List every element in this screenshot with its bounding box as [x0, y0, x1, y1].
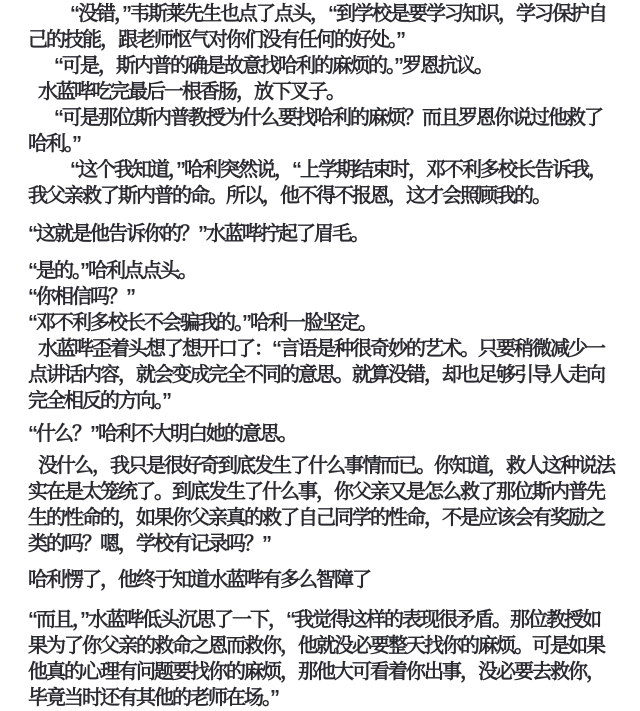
novel-paragraph: “这就是他告诉你的？”水蓝哔拧起了眉毛。: [28, 221, 614, 247]
novel-paragraph: “什么？”哈利不大明白她的意思。: [28, 421, 614, 447]
novel-paragraph: “可是，斯内普的确是故意找哈利的麻烦的。”罗恩抗议。: [28, 53, 614, 79]
novel-paragraph: “是的。”哈利点点头。: [28, 258, 614, 284]
novel-paragraph: 没什么，我只是很好奇到底发生了什么事情而已。你知道，救人这种说法实在是太笼统了。…: [28, 453, 614, 557]
novel-paragraph: 水蓝哔吃完最后一根香肠，放下叉子。: [28, 79, 614, 105]
novel-paragraph: “你相信吗？”: [28, 284, 614, 310]
novel-paragraph: “没错，”韦斯莱先生也点了点头，“到学校是要学习知识，学习保护自己的技能，跟老师…: [28, 1, 614, 53]
novel-paragraph: 哈利愣了，他终于知道水蓝哔有多么智障了: [28, 567, 614, 593]
novel-paragraph: “这个我知道，”哈利突然说，“上学期结束时，邓不利多校长告诉我，我父亲救了斯内普…: [28, 157, 614, 209]
chapter-text: “没错，”韦斯莱先生也点了点头，“到学校是要学习知识，学习保护自己的技能，跟老师…: [28, 1, 614, 711]
novel-paragraph: “邓不利多校长不会骗我的。”哈利一脸坚定。: [28, 310, 614, 336]
novel-paragraph: “而且，”水蓝哔低头沉思了一下，“我觉得这样的表现很矛盾。那位教授如果为了你父亲…: [28, 607, 614, 711]
novel-reading-page: “没错，”韦斯莱先生也点了点头，“到学校是要学习知识，学习保护自己的技能，跟老师…: [0, 0, 640, 711]
novel-paragraph: 水蓝哔歪着头想了想开口了：“言语是种很奇妙的艺术。只要稍微减少一点讲话内容，就会…: [28, 336, 614, 414]
novel-paragraph: “可是那位斯内普教授为什么要找哈利的麻烦？而且罗恩你说过他救了哈利。”: [28, 105, 614, 157]
